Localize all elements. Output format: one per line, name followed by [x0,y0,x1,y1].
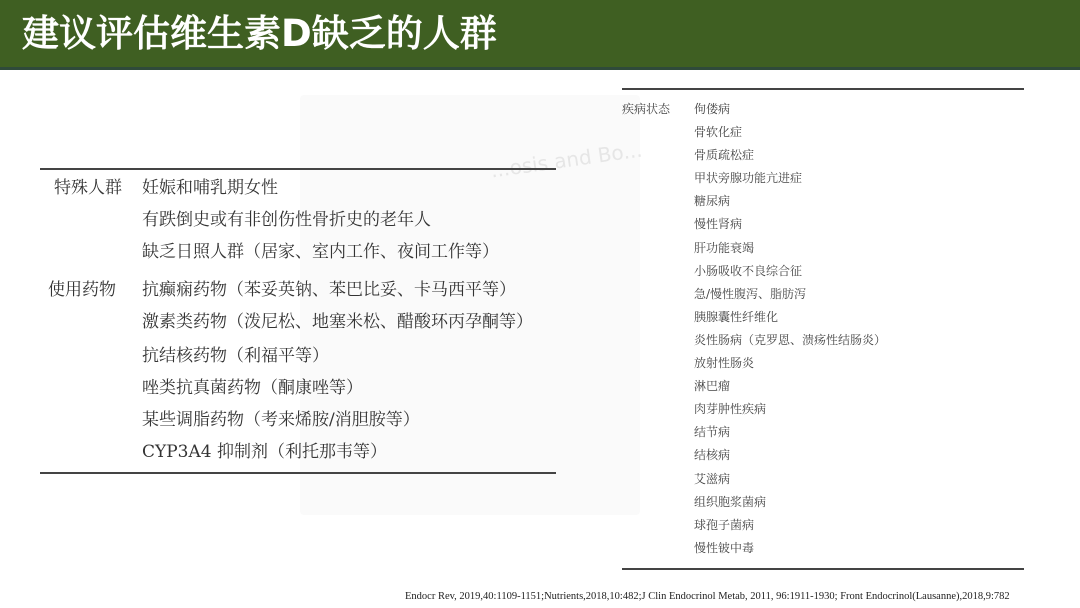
item-list: 妊娠和哺乳期女性 有跌倒史或有非创伤性骨折史的老年人 缺乏日照人群（居家、室内工… [142,172,556,268]
list-item: 妊娠和哺乳期女性 [142,172,556,204]
left-table: 特殊人群 妊娠和哺乳期女性 有跌倒史或有非创伤性骨折史的老年人 缺乏日照人群（居… [40,168,556,474]
list-item: 抗结核药物（利福平等） [142,340,556,372]
list-item: 放射性肠炎 [694,352,886,375]
list-item: 慢性铍中毒 [694,537,886,560]
category-label: 疾病状态 [622,98,694,560]
title-bar: 建议评估维生素D缺乏的人群 [0,0,1080,70]
list-item: 肝功能衰竭 [694,237,886,260]
list-item: 某些调脂药物（考来烯胺/消胆胺等） [142,404,556,436]
list-item: 有跌倒史或有非创伤性骨折史的老年人 [142,204,556,236]
list-item: 佝偻病 [694,98,886,121]
category-label: 使用药物 [40,274,142,468]
references: Endocr Rev, 2019,40:1109-1151;Nutrients,… [405,591,1010,602]
right-table: 疾病状态 佝偻病 骨软化症 骨质疏松症 甲状旁腺功能亢进症 糖尿病 慢性肾病 肝… [622,88,1024,570]
list-item: 激素类药物（泼尼松、地塞米松、醋酸环丙孕酮等） [142,306,552,340]
bottom-rule [40,472,556,474]
list-item: 小肠吸收不良综合征 [694,260,886,283]
list-item: 缺乏日照人群（居家、室内工作、夜间工作等） [142,236,556,268]
bottom-rule [622,568,1024,570]
list-item: 胰腺囊性纤维化 [694,306,886,329]
list-item: 肉芽肿性疾病 [694,398,886,421]
group-special-population: 特殊人群 妊娠和哺乳期女性 有跌倒史或有非创伤性骨折史的老年人 缺乏日照人群（居… [40,172,556,268]
list-item: 抗癫痫药物（苯妥英钠、苯巴比妥、卡马西平等） [142,274,556,306]
list-item: 结节病 [694,421,886,444]
list-item: 球孢子菌病 [694,514,886,537]
top-rule [40,168,556,170]
list-item: 急/慢性腹泻、脂肪泻 [694,283,886,306]
list-item: 唑类抗真菌药物（酮康唑等） [142,372,556,404]
item-list: 抗癫痫药物（苯妥英钠、苯巴比妥、卡马西平等） 激素类药物（泼尼松、地塞米松、醋酸… [142,274,556,468]
list-item: 甲状旁腺功能亢进症 [694,167,886,190]
group-medications: 使用药物 抗癫痫药物（苯妥英钠、苯巴比妥、卡马西平等） 激素类药物（泼尼松、地塞… [40,274,556,468]
list-item: 骨软化症 [694,121,886,144]
list-item: 骨质疏松症 [694,144,886,167]
list-item: 炎性肠病（克罗恩、溃疡性结肠炎） [694,329,886,352]
category-label: 特殊人群 [40,172,142,268]
list-item: 艾滋病 [694,468,886,491]
list-item: 慢性肾病 [694,213,886,236]
list-item: 结核病 [694,444,886,467]
disease-group: 疾病状态 佝偻病 骨软化症 骨质疏松症 甲状旁腺功能亢进症 糖尿病 慢性肾病 肝… [622,90,1024,568]
slide-title: 建议评估维生素D缺乏的人群 [22,9,497,59]
list-item: 组织胞浆菌病 [694,491,886,514]
list-item: 淋巴瘤 [694,375,886,398]
item-list: 佝偻病 骨软化症 骨质疏松症 甲状旁腺功能亢进症 糖尿病 慢性肾病 肝功能衰竭 … [694,98,886,560]
list-item: CYP3A4 抑制剂（利托那韦等） [142,436,556,468]
list-item: 糖尿病 [694,190,886,213]
